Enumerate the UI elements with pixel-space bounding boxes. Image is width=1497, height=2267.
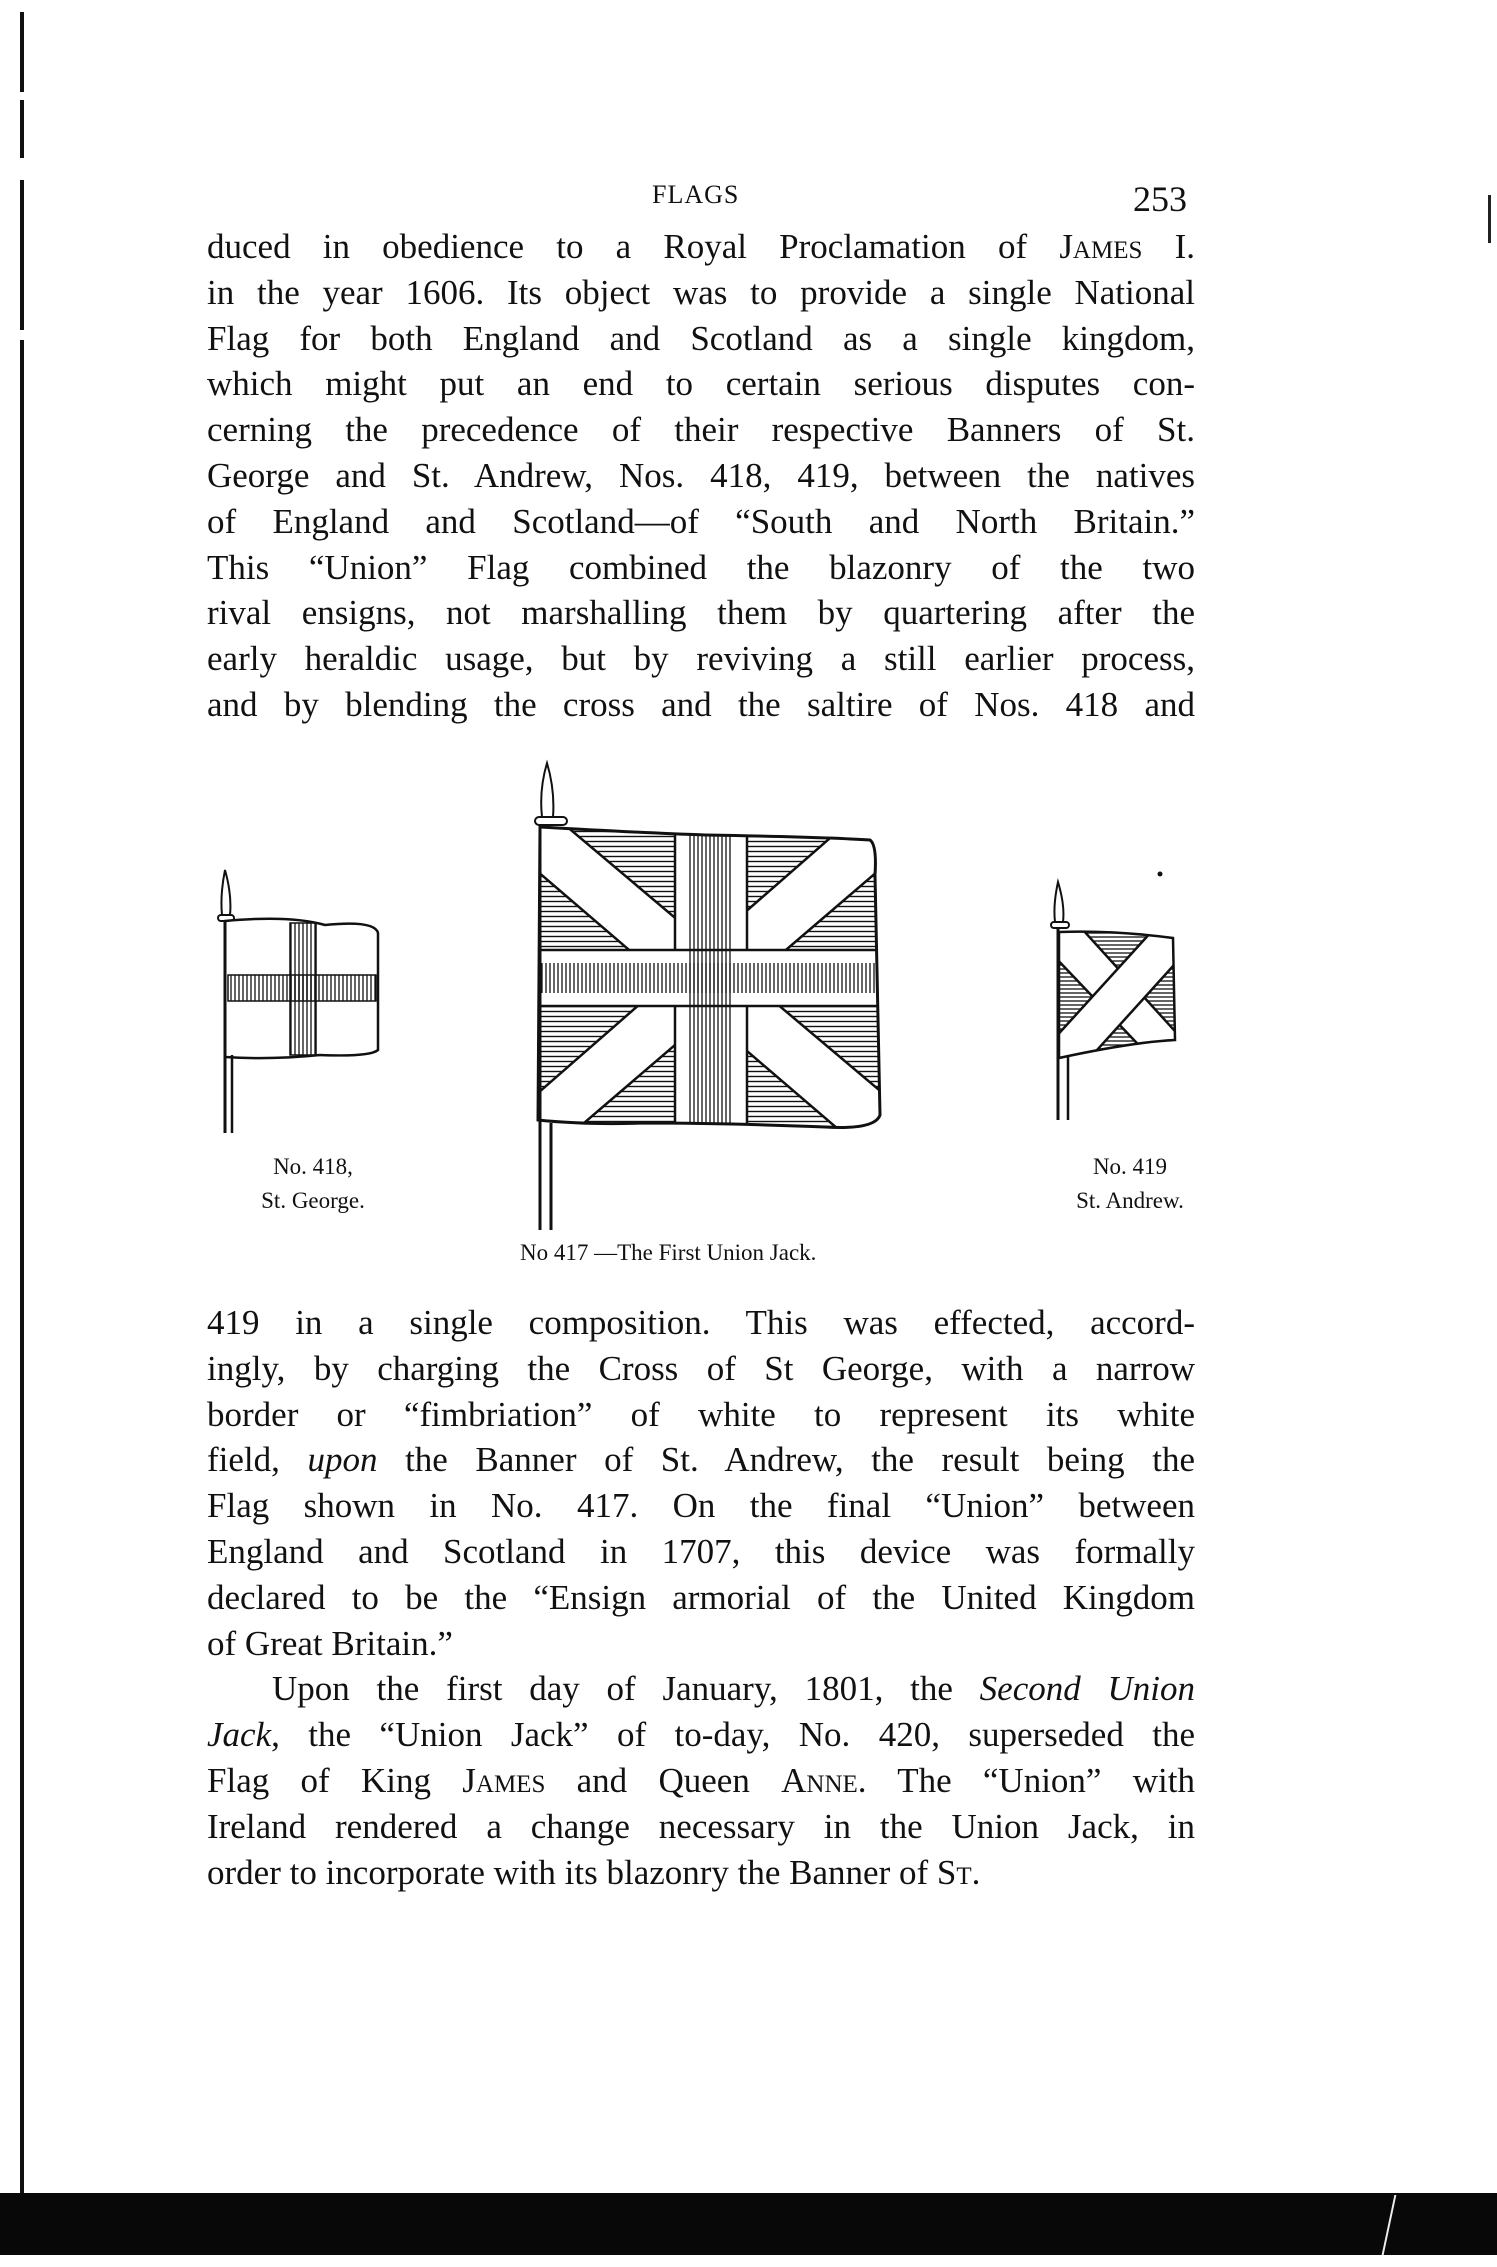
- bottom_text-line: border or “fimbriation” of white to repr…: [207, 1392, 1195, 1438]
- scan-margin-line-4: [20, 340, 24, 2200]
- top_paragraph-line: of England and Scotland—of “South and No…: [207, 499, 1195, 545]
- bottom_text-line: 419 in a single composition. This was ef…: [207, 1300, 1195, 1346]
- scan-margin-line-2: [20, 100, 24, 158]
- st-andrew-flag-illustration: [1043, 860, 1193, 1125]
- body-text-bottom: 419 in a single composition. This was ef…: [207, 1300, 1195, 1895]
- top_paragraph-line: in the year 1606. Its object was to prov…: [207, 270, 1195, 316]
- caption-st-george-number: No. 418,: [228, 1150, 398, 1184]
- bottom_text-line: of Great Britain.”: [207, 1621, 1195, 1667]
- bottom_text-line: field, upon the Banner of St. Andrew, th…: [207, 1437, 1195, 1483]
- first-union-jack-illustration: [525, 755, 890, 1230]
- top_paragraph-line: George and St. Andrew, Nos. 418, 419, be…: [207, 453, 1195, 499]
- caption-st-george: No. 418, St. George.: [228, 1150, 398, 1218]
- page-number: 253: [1133, 178, 1187, 220]
- figure-first-union-jack: [525, 755, 890, 1230]
- top_paragraph-line: which might put an end to certain seriou…: [207, 361, 1195, 407]
- bottom_text-line: Ireland rendered a change necessary in t…: [207, 1804, 1195, 1850]
- caption-first-union-jack: No 417 —The First Union Jack.: [520, 1236, 920, 1270]
- body-text-top: duced in obedience to a Royal Proclamati…: [207, 224, 1195, 728]
- bottom_text-line: order to incorporate with its blazonry t…: [207, 1850, 1195, 1896]
- figure-st-andrew-flag: [1043, 860, 1193, 1125]
- running-head: FLAGS 253: [0, 172, 1497, 212]
- caption-st-andrew-name: St. Andrew.: [1045, 1184, 1215, 1218]
- bottom_text-line: Upon the first day of January, 1801, the…: [207, 1666, 1195, 1712]
- bottom_text-line: Jack, the “Union Jack” of to-day, No. 42…: [207, 1712, 1195, 1758]
- top_paragraph-line: early heraldic usage, but by reviving a …: [207, 636, 1195, 682]
- bottom_text-line: England and Scotland in 1707, this devic…: [207, 1529, 1195, 1575]
- figure-st-george-flag: [210, 865, 390, 1140]
- running-title: FLAGS: [652, 180, 739, 210]
- top_paragraph-line: rival ensigns, not marshalling them by q…: [207, 590, 1195, 636]
- top_paragraph-line: Flag for both England and Scotland as a …: [207, 316, 1195, 362]
- scan-bottom-edge: [0, 2193, 1497, 2255]
- st-george-flag-illustration: [210, 865, 390, 1140]
- bottom_text-line: Flag of King James and Queen Anne. The “…: [207, 1758, 1195, 1804]
- caption-st-george-name: St. George.: [228, 1184, 398, 1218]
- top_paragraph-line: duced in obedience to a Royal Proclamati…: [207, 224, 1195, 270]
- top_paragraph-line: and by blending the cross and the saltir…: [207, 682, 1195, 728]
- bottom_text-line: declared to be the “Ensign armorial of t…: [207, 1575, 1195, 1621]
- scan-margin-line-1: [20, 12, 24, 92]
- bottom_text-line: Flag shown in No. 417. On the final “Uni…: [207, 1483, 1195, 1529]
- caption-st-andrew: No. 419 St. Andrew.: [1045, 1150, 1215, 1218]
- top_paragraph-line: This “Union” Flag combined the blazonry …: [207, 545, 1195, 591]
- caption-st-andrew-number: No. 419: [1045, 1150, 1215, 1184]
- bottom_text-line: ingly, by charging the Cross of St Georg…: [207, 1346, 1195, 1392]
- top_paragraph-line: cerning the precedence of their respecti…: [207, 407, 1195, 453]
